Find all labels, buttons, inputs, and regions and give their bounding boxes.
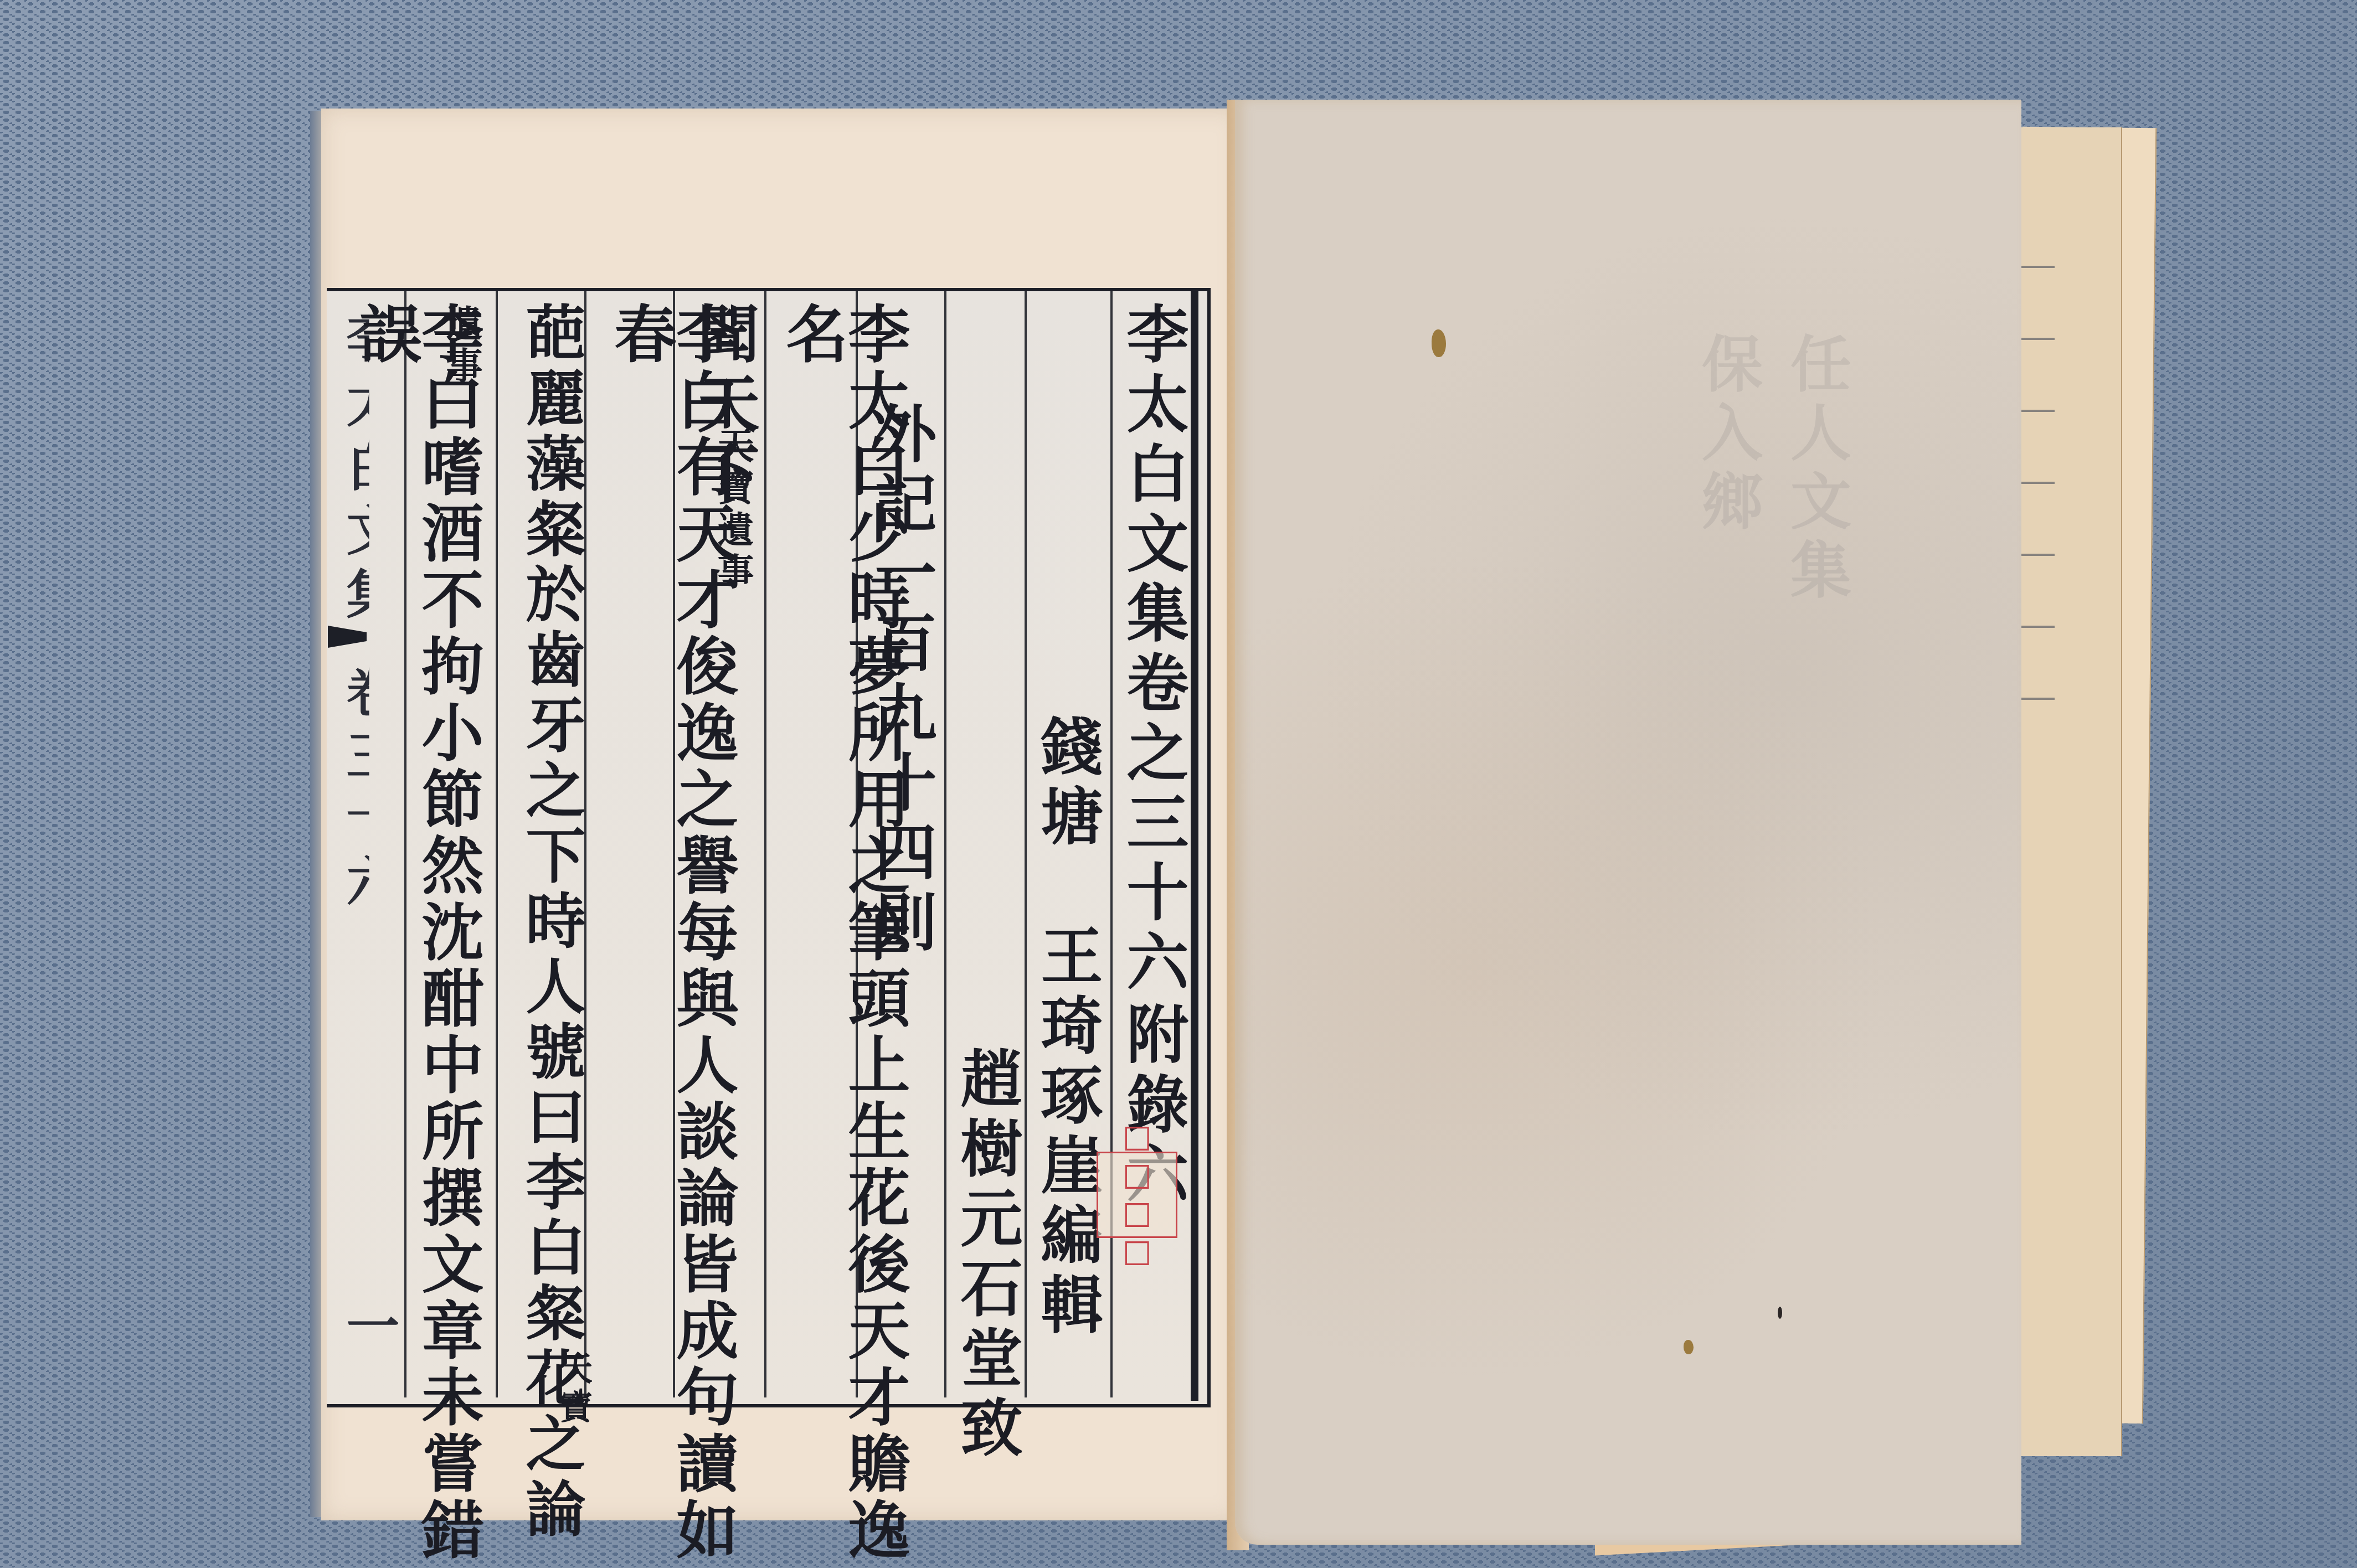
column-rule bbox=[1025, 291, 1027, 1397]
ink-spot bbox=[1778, 1307, 1782, 1319]
show-through-text: 保入鄉 bbox=[1684, 332, 1771, 538]
back-page-ink-bleed bbox=[2021, 233, 2055, 731]
body-column-6: 李白嗜酒不拘小節然沈酣中所撰文章未嘗錯誤 bbox=[354, 302, 478, 1568]
source-note-2: 天寶 bbox=[557, 1351, 590, 1428]
column-rule bbox=[764, 291, 766, 1397]
print-frame-right-border bbox=[1191, 288, 1198, 1401]
show-through-text: 任人文集 bbox=[1772, 332, 1860, 607]
column-rule bbox=[496, 291, 498, 1397]
book-title: 李太白文集卷之三十六 bbox=[1121, 302, 1183, 999]
foxing-stain bbox=[1684, 1340, 1694, 1354]
collator-credit: 趙樹元石堂致 bbox=[955, 1046, 1017, 1465]
red-seal-stamp: □□□□ bbox=[1097, 1152, 1177, 1238]
body-column-1: 李太白少時夢所用之筆頭上生花後天才贍逸名 bbox=[781, 302, 905, 1568]
editor-credit: 錢塘 王琦琢崖編輯 bbox=[1036, 714, 1098, 1342]
body-column-3: 李白有天才俊逸之譽每與人談論皆成句讀如春 bbox=[609, 302, 733, 1568]
foxing-stain bbox=[1432, 329, 1446, 357]
right-blank-flyleaf bbox=[1235, 100, 2021, 1545]
column-rule bbox=[944, 291, 946, 1397]
